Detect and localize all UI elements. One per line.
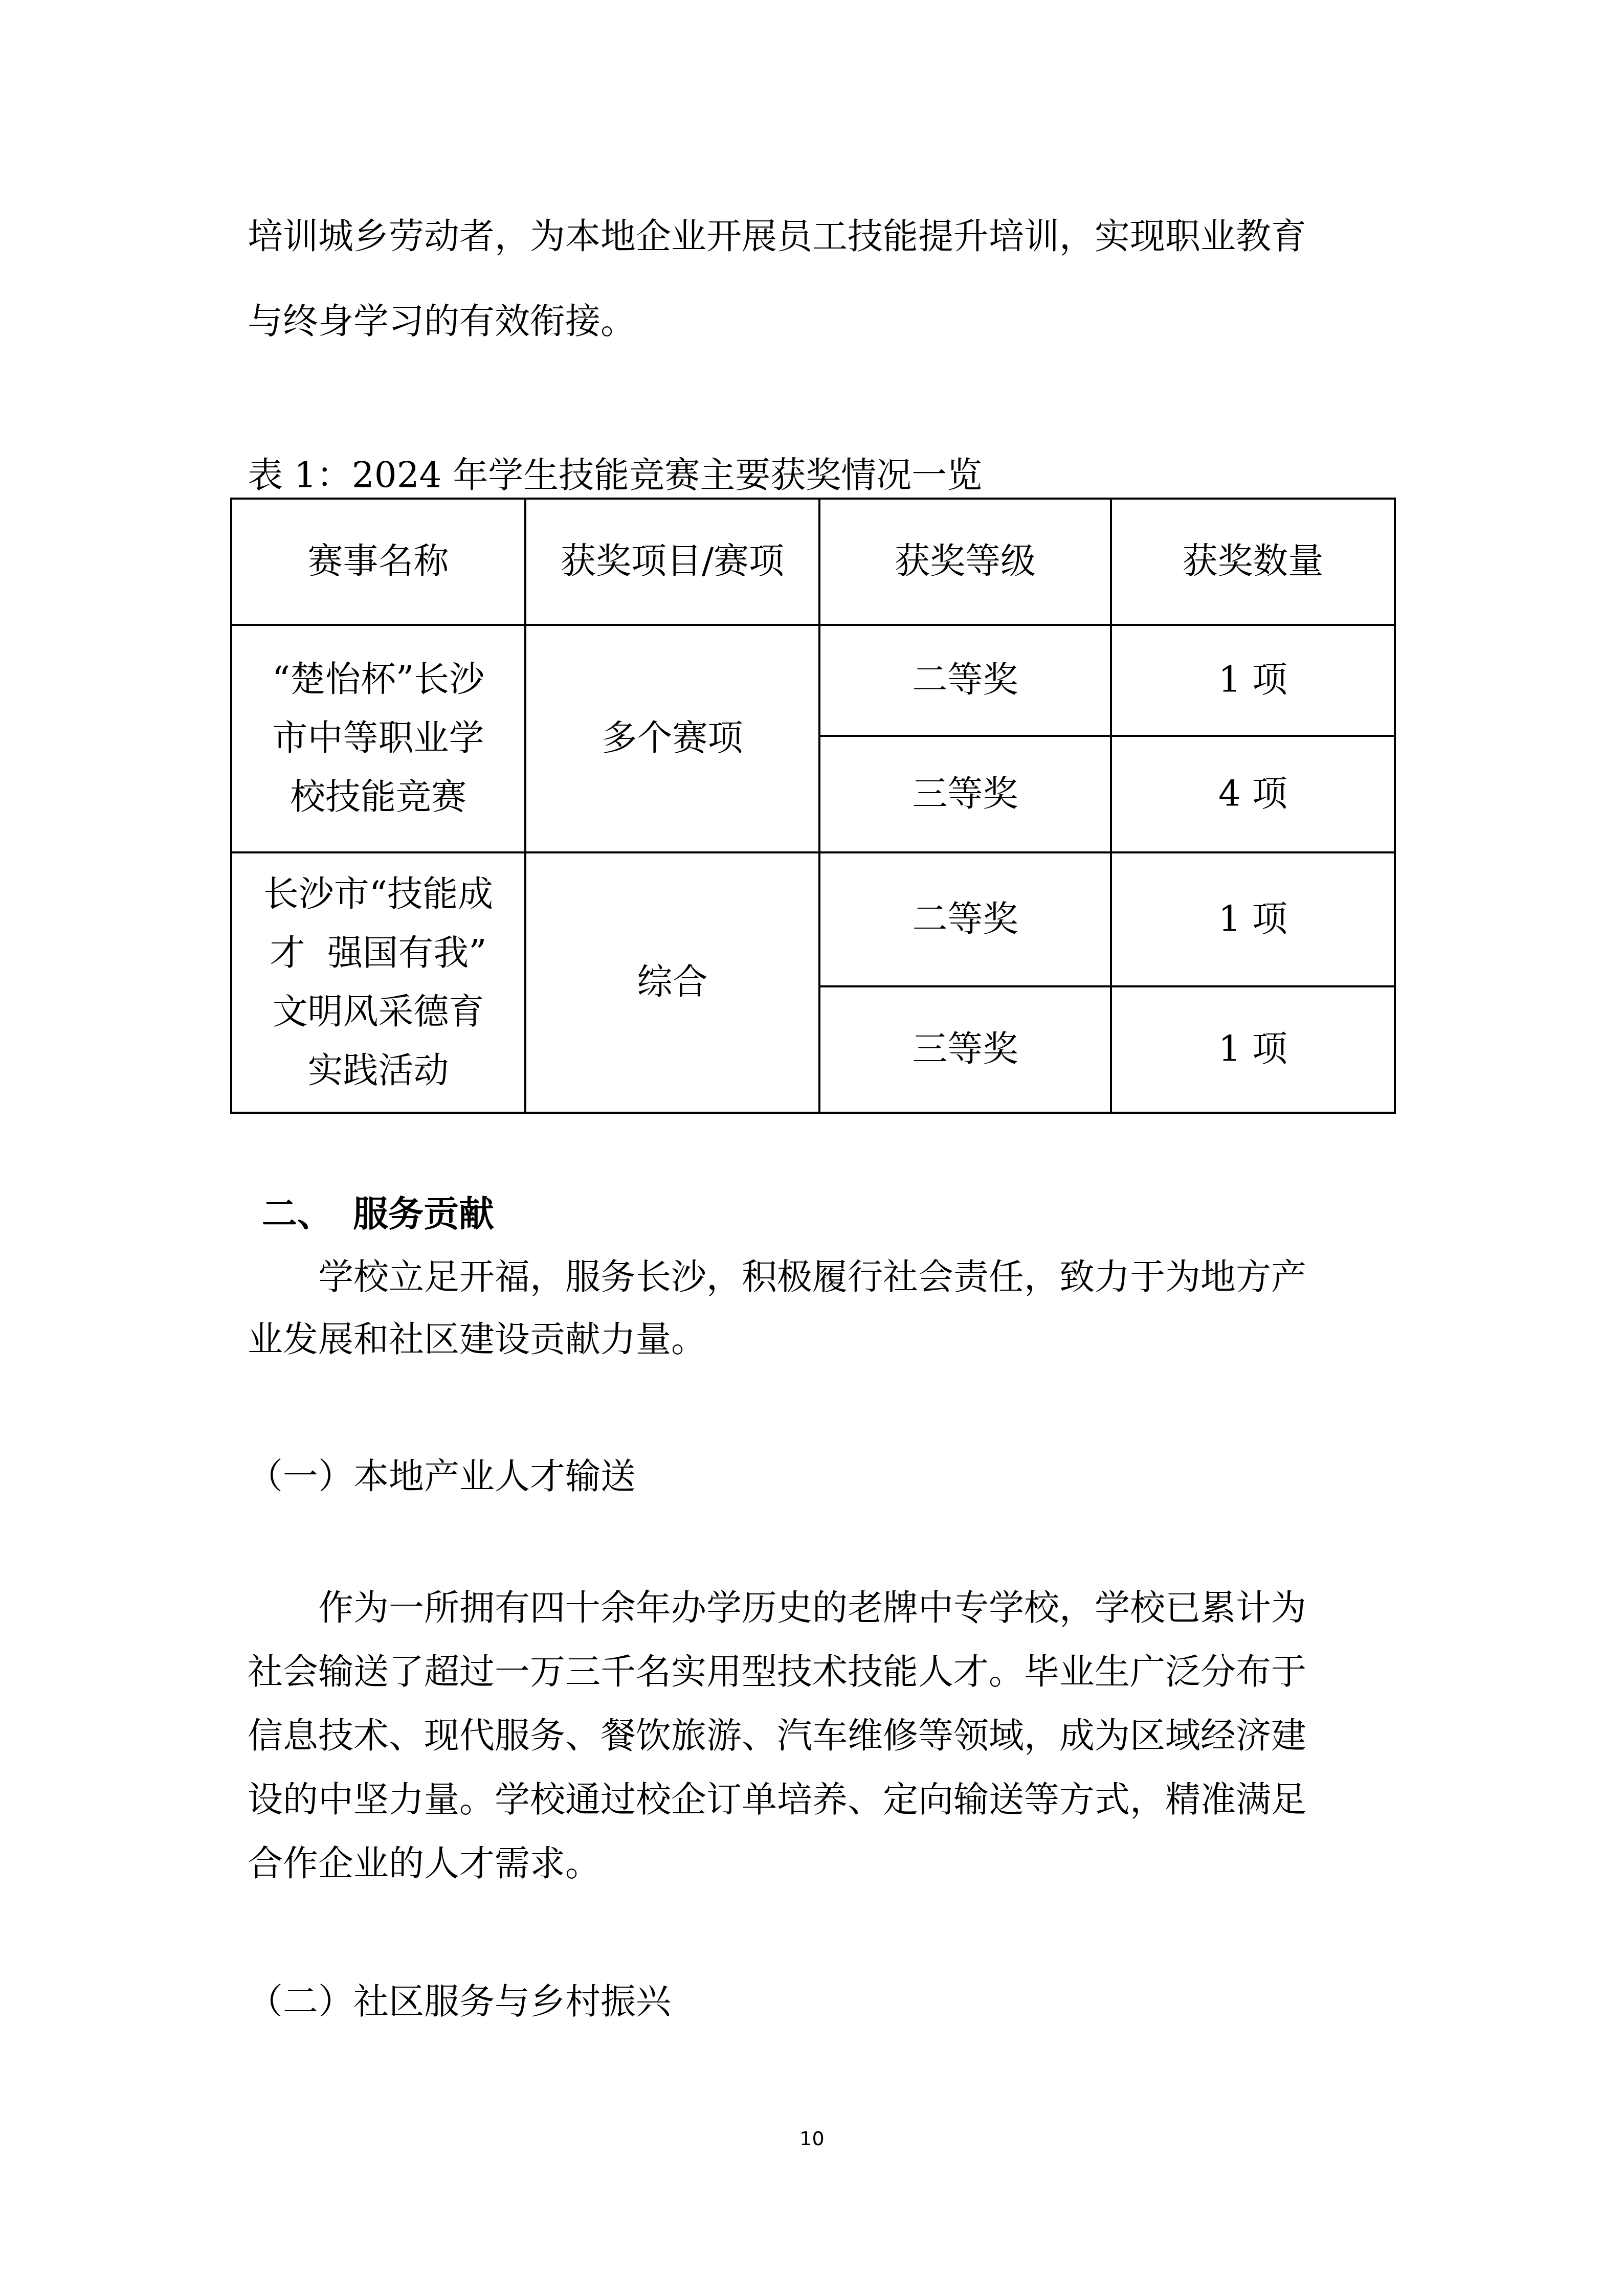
- intro-line-2: 与终身学习的有效衔接。: [248, 299, 636, 345]
- event-name-line: 长沙市“技能成: [237, 865, 519, 924]
- body-line: 设的中坚力量。学校通过校企订单培养、定向输送等方式，精准满足: [248, 1777, 1306, 1823]
- event-name-line: 文明风采德育: [237, 983, 519, 1042]
- header-award-level: 获奖等级: [819, 499, 1111, 625]
- award-count-cell: 1 项: [1111, 986, 1395, 1113]
- section-heading-text: 服务贡献: [353, 1194, 494, 1235]
- event-name-line: 市中等职业学: [237, 709, 519, 768]
- header-award-item: 获奖项目/赛项: [525, 499, 819, 625]
- event-name-cell: 长沙市“技能成 才 强国有我” 文明风采德育 实践活动: [231, 852, 525, 1113]
- table-caption: 表 1：2024 年学生技能竞赛主要获奖情况一览: [248, 453, 982, 499]
- award-count-cell: 1 项: [1111, 625, 1395, 736]
- award-level-cell: 三等奖: [819, 736, 1111, 852]
- subsection-title-1: （一）本地产业人才输送: [248, 1454, 636, 1500]
- body-line: 社会输送了超过一万三千名实用型技术技能人才。毕业生广泛分布于: [248, 1649, 1306, 1695]
- header-event-name: 赛事名称: [231, 499, 525, 625]
- event-name-line: 校技能竞赛: [237, 768, 519, 827]
- award-level-cell: 二等奖: [819, 625, 1111, 736]
- section-heading-number: 二、: [262, 1194, 332, 1235]
- section-intro-line-1: 学校立足开福，服务长沙，积极履行社会责任，致力于为地方产: [318, 1254, 1306, 1300]
- event-name-line: 才 强国有我”: [237, 924, 519, 983]
- subsection-title-2: （二）社区服务与乡村振兴: [248, 1979, 671, 2025]
- award-count-cell: 4 项: [1111, 736, 1395, 852]
- body-line: 合作企业的人才需求。: [248, 1841, 600, 1887]
- section-heading: 二、服务贡献: [262, 1191, 494, 1237]
- body-line: 信息技术、现代服务、餐饮旅游、汽车维修等领域，成为区域经济建: [248, 1713, 1306, 1759]
- table-row: 长沙市“技能成 才 强国有我” 文明风采德育 实践活动 综合 二等奖 1 项: [231, 852, 1395, 986]
- event-name-cell: “楚怡杯”长沙 市中等职业学 校技能竞赛: [231, 625, 525, 852]
- award-item-cell: 综合: [525, 852, 819, 1113]
- award-count-cell: 1 项: [1111, 852, 1395, 986]
- header-award-count: 获奖数量: [1111, 499, 1395, 625]
- table-header-row: 赛事名称 获奖项目/赛项 获奖等级 获奖数量: [231, 499, 1395, 625]
- section-intro-line-2: 业发展和社区建设贡献力量。: [248, 1317, 706, 1363]
- event-name-line: 实践活动: [237, 1042, 519, 1100]
- intro-line-1: 培训城乡劳动者，为本地企业开展员工技能提升培训，实现职业教育: [248, 214, 1306, 260]
- award-item-cell: 多个赛项: [525, 625, 819, 852]
- page-number: 10: [0, 2127, 1624, 2150]
- event-name-line: “楚怡杯”长沙: [237, 650, 519, 709]
- award-level-cell: 三等奖: [819, 986, 1111, 1113]
- body-line: 作为一所拥有四十余年办学历史的老牌中专学校，学校已累计为: [318, 1585, 1306, 1631]
- table-row: “楚怡杯”长沙 市中等职业学 校技能竞赛 多个赛项 二等奖 1 项: [231, 625, 1395, 736]
- awards-table: 赛事名称 获奖项目/赛项 获奖等级 获奖数量 “楚怡杯”长沙 市中等职业学 校技…: [230, 498, 1396, 1114]
- award-level-cell: 二等奖: [819, 852, 1111, 986]
